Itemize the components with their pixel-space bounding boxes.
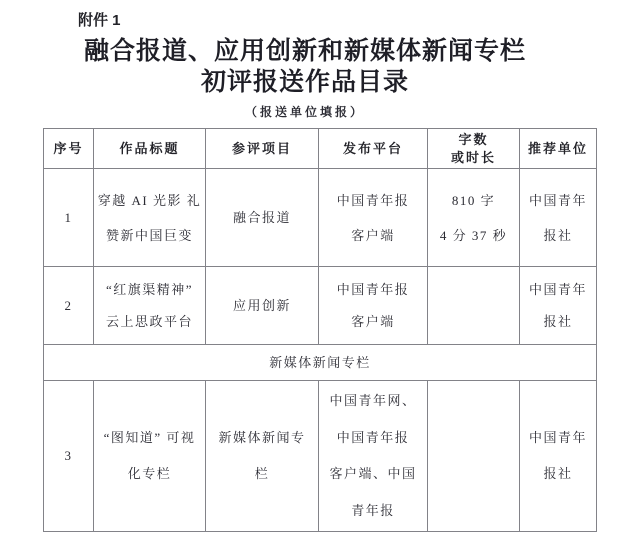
- header-index: 序号: [44, 129, 94, 169]
- table-header-row: 序号 作品标题 参评项目 发布平台 字数 或时长 推荐单位: [44, 129, 597, 169]
- cell-index: 3: [44, 381, 94, 532]
- document-title: 融合报道、应用创新和新媒体新闻专栏 初评报送作品目录: [0, 36, 610, 98]
- cell-length: [428, 381, 520, 532]
- table-row: 1 穿越 AI 光影 礼 赞新中国巨变 融合报道 中国青年报 客户端 810 字…: [44, 169, 597, 267]
- cell-length: 810 字 4 分 37 秒: [428, 169, 520, 267]
- table-row: 3 “图知道” 可视 化专栏 新媒体新闻专 栏 中国青年网、 中国青年报 客户端…: [44, 381, 597, 532]
- header-recommender: 推荐单位: [520, 129, 597, 169]
- cell-index: 1: [44, 169, 94, 267]
- cell-category: 融合报道: [206, 169, 319, 267]
- header-platform: 发布平台: [319, 129, 428, 169]
- header-title: 作品标题: [94, 129, 206, 169]
- cell-recommender: 中国青年 报社: [520, 169, 597, 267]
- cell-platform: 中国青年网、 中国青年报 客户端、中国 青年报: [319, 381, 428, 532]
- cell-platform: 中国青年报 客户端: [319, 267, 428, 345]
- cell-length: [428, 267, 520, 345]
- cell-platform: 中国青年报 客户端: [319, 169, 428, 267]
- header-category: 参评项目: [206, 129, 319, 169]
- document-title-line2: 初评报送作品目录: [0, 67, 610, 98]
- cell-category: 应用创新: [206, 267, 319, 345]
- cell-title: “红旗渠精神” 云上思政平台: [94, 267, 206, 345]
- cell-title: “图知道” 可视 化专栏: [94, 381, 206, 532]
- cell-title: 穿越 AI 光影 礼 赞新中国巨变: [94, 169, 206, 267]
- submission-catalog-table: 序号 作品标题 参评项目 发布平台 字数 或时长 推荐单位 1 穿越 AI 光影…: [43, 128, 597, 532]
- section-divider-row: 新媒体新闻专栏: [44, 345, 597, 381]
- cell-index: 2: [44, 267, 94, 345]
- cell-recommender: 中国青年 报社: [520, 267, 597, 345]
- cell-category: 新媒体新闻专 栏: [206, 381, 319, 532]
- table-row: 2 “红旗渠精神” 云上思政平台 应用创新 中国青年报 客户端 中国青年 报社: [44, 267, 597, 345]
- document-page: { "page": { "attachment_label": "附件 1", …: [0, 0, 640, 556]
- section-divider-label: 新媒体新闻专栏: [44, 345, 597, 381]
- header-length: 字数 或时长: [428, 129, 520, 169]
- attachment-label: 附件 1: [78, 9, 121, 30]
- cell-recommender: 中国青年 报社: [520, 381, 597, 532]
- document-title-line1: 融合报道、应用创新和新媒体新闻专栏: [0, 36, 610, 67]
- document-subtitle: （报送单位填报）: [0, 103, 610, 120]
